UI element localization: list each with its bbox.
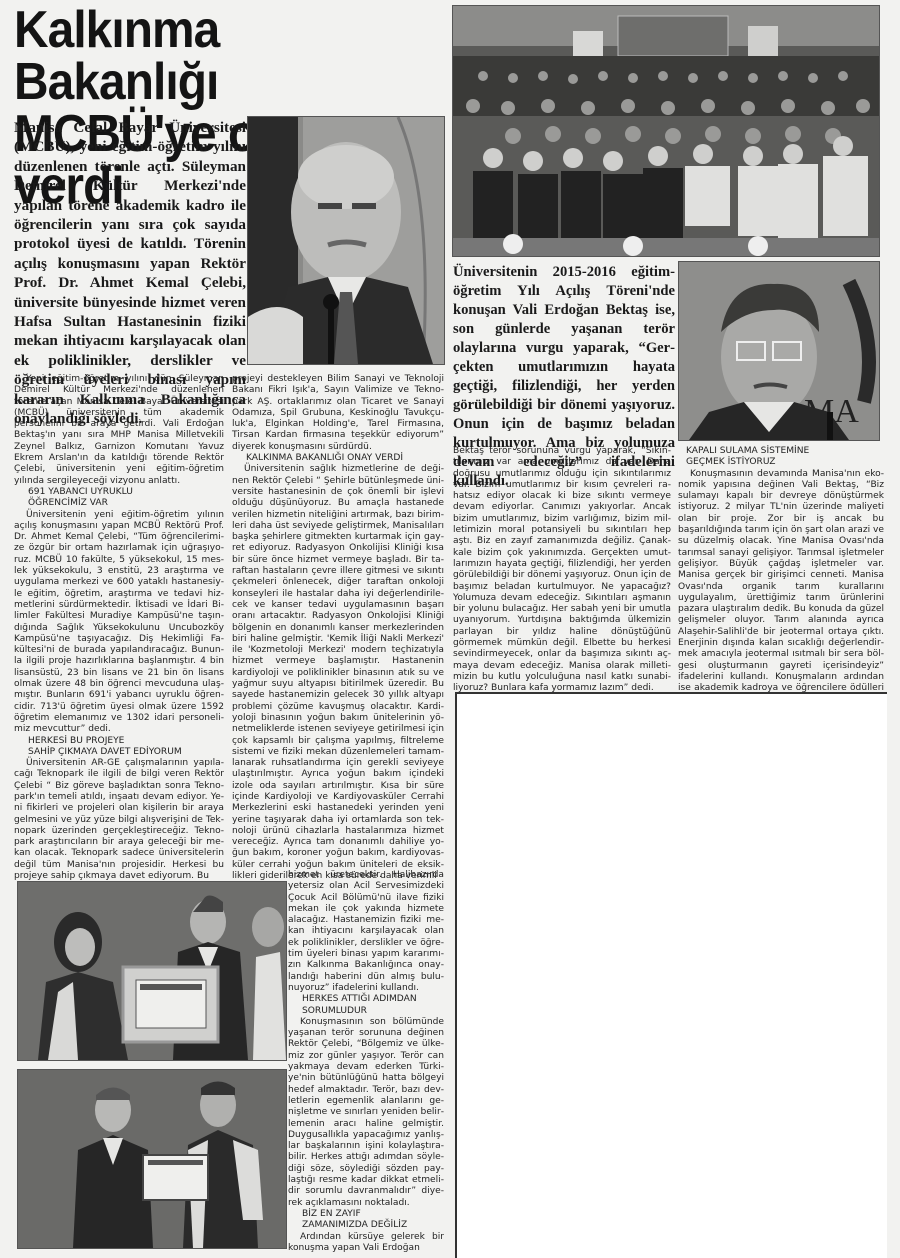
subheading: KALKINMA BAKANLIĞI ONAY VERDİ [232,453,444,464]
subheading: KAPALI SULAMA SİSTEMİNE GEÇMEK İSTİYORUZ [678,446,884,469]
award-ceremony-photo-2 [17,1069,287,1249]
paragraph: Yeni eğitim-öğretim yılını dün Süleyman … [14,374,224,487]
paragraph: Üniversitenin yeni eğitim-öğretim yılını… [14,510,224,736]
ceremony-audience-photo [452,5,880,257]
headline-line-1: Kalkınma Bakanlığı [14,4,410,108]
rector-portrait-photo [247,116,445,365]
paragraph: Konuşmasının devamında Manisa'nın eko­no… [678,469,884,706]
subheading: BİZ EN ZAYIF ZAMANIMIZDA DEĞİLİZ [288,1209,444,1232]
subheading: 691 YABANCI UYRUKLU ÖĞRENCİMİZ VAR [14,487,224,510]
paragraph: projeyi destekleyen Bilim Sanayi ve Tekn… [232,374,444,453]
paragraph: Bektaş terör sorununa vurgu yaparak, “Sı… [453,446,671,695]
paragraph: hizmet üretecektir. Halihazırda ye­tersi… [288,870,444,994]
article-column-3: Bektaş terör sorununa vurgu yaparak, “Sı… [453,446,671,695]
award-ceremony-photo-1 [17,881,287,1061]
article-column-2-continued: hizmet üretecektir. Halihazırda ye­tersi… [288,870,444,1254]
photo-image [453,6,879,256]
paragraph: Ardından kürsüye gelerek bir konuşma yap… [288,1232,444,1255]
empty-ad-box [455,692,887,1258]
subheading: HERKESİ BU PROJEYE SAHİP ÇIKMAYA DAVET E… [14,736,224,759]
article-column-2: projeyi destekleyen Bilim Sanayi ve Tekn… [232,374,444,882]
photo-image [18,882,286,1060]
photo-image [248,117,444,364]
article-column-1: Yeni eğitim-öğretim yılını dün Süleyman … [14,374,224,882]
photo-image: MA [679,262,879,440]
paragraph: Üniversitenin AR-GE çalışmalarının yapıl… [14,758,224,882]
paragraph: Üniversitenin sağlık hizmetlerine de değ… [232,464,444,882]
governor-portrait-photo: MA [678,261,880,441]
article-column-4: KAPALI SULAMA SİSTEMİNE GEÇMEK İSTİYORUZ… [678,446,884,706]
subheading: HERKES ATTIĞI ADIMDAN SORUMLUDUR [288,994,444,1017]
photo-image [18,1070,286,1248]
paragraph: Konuşmasının son bölümünde yaşanan terör… [288,1017,444,1209]
